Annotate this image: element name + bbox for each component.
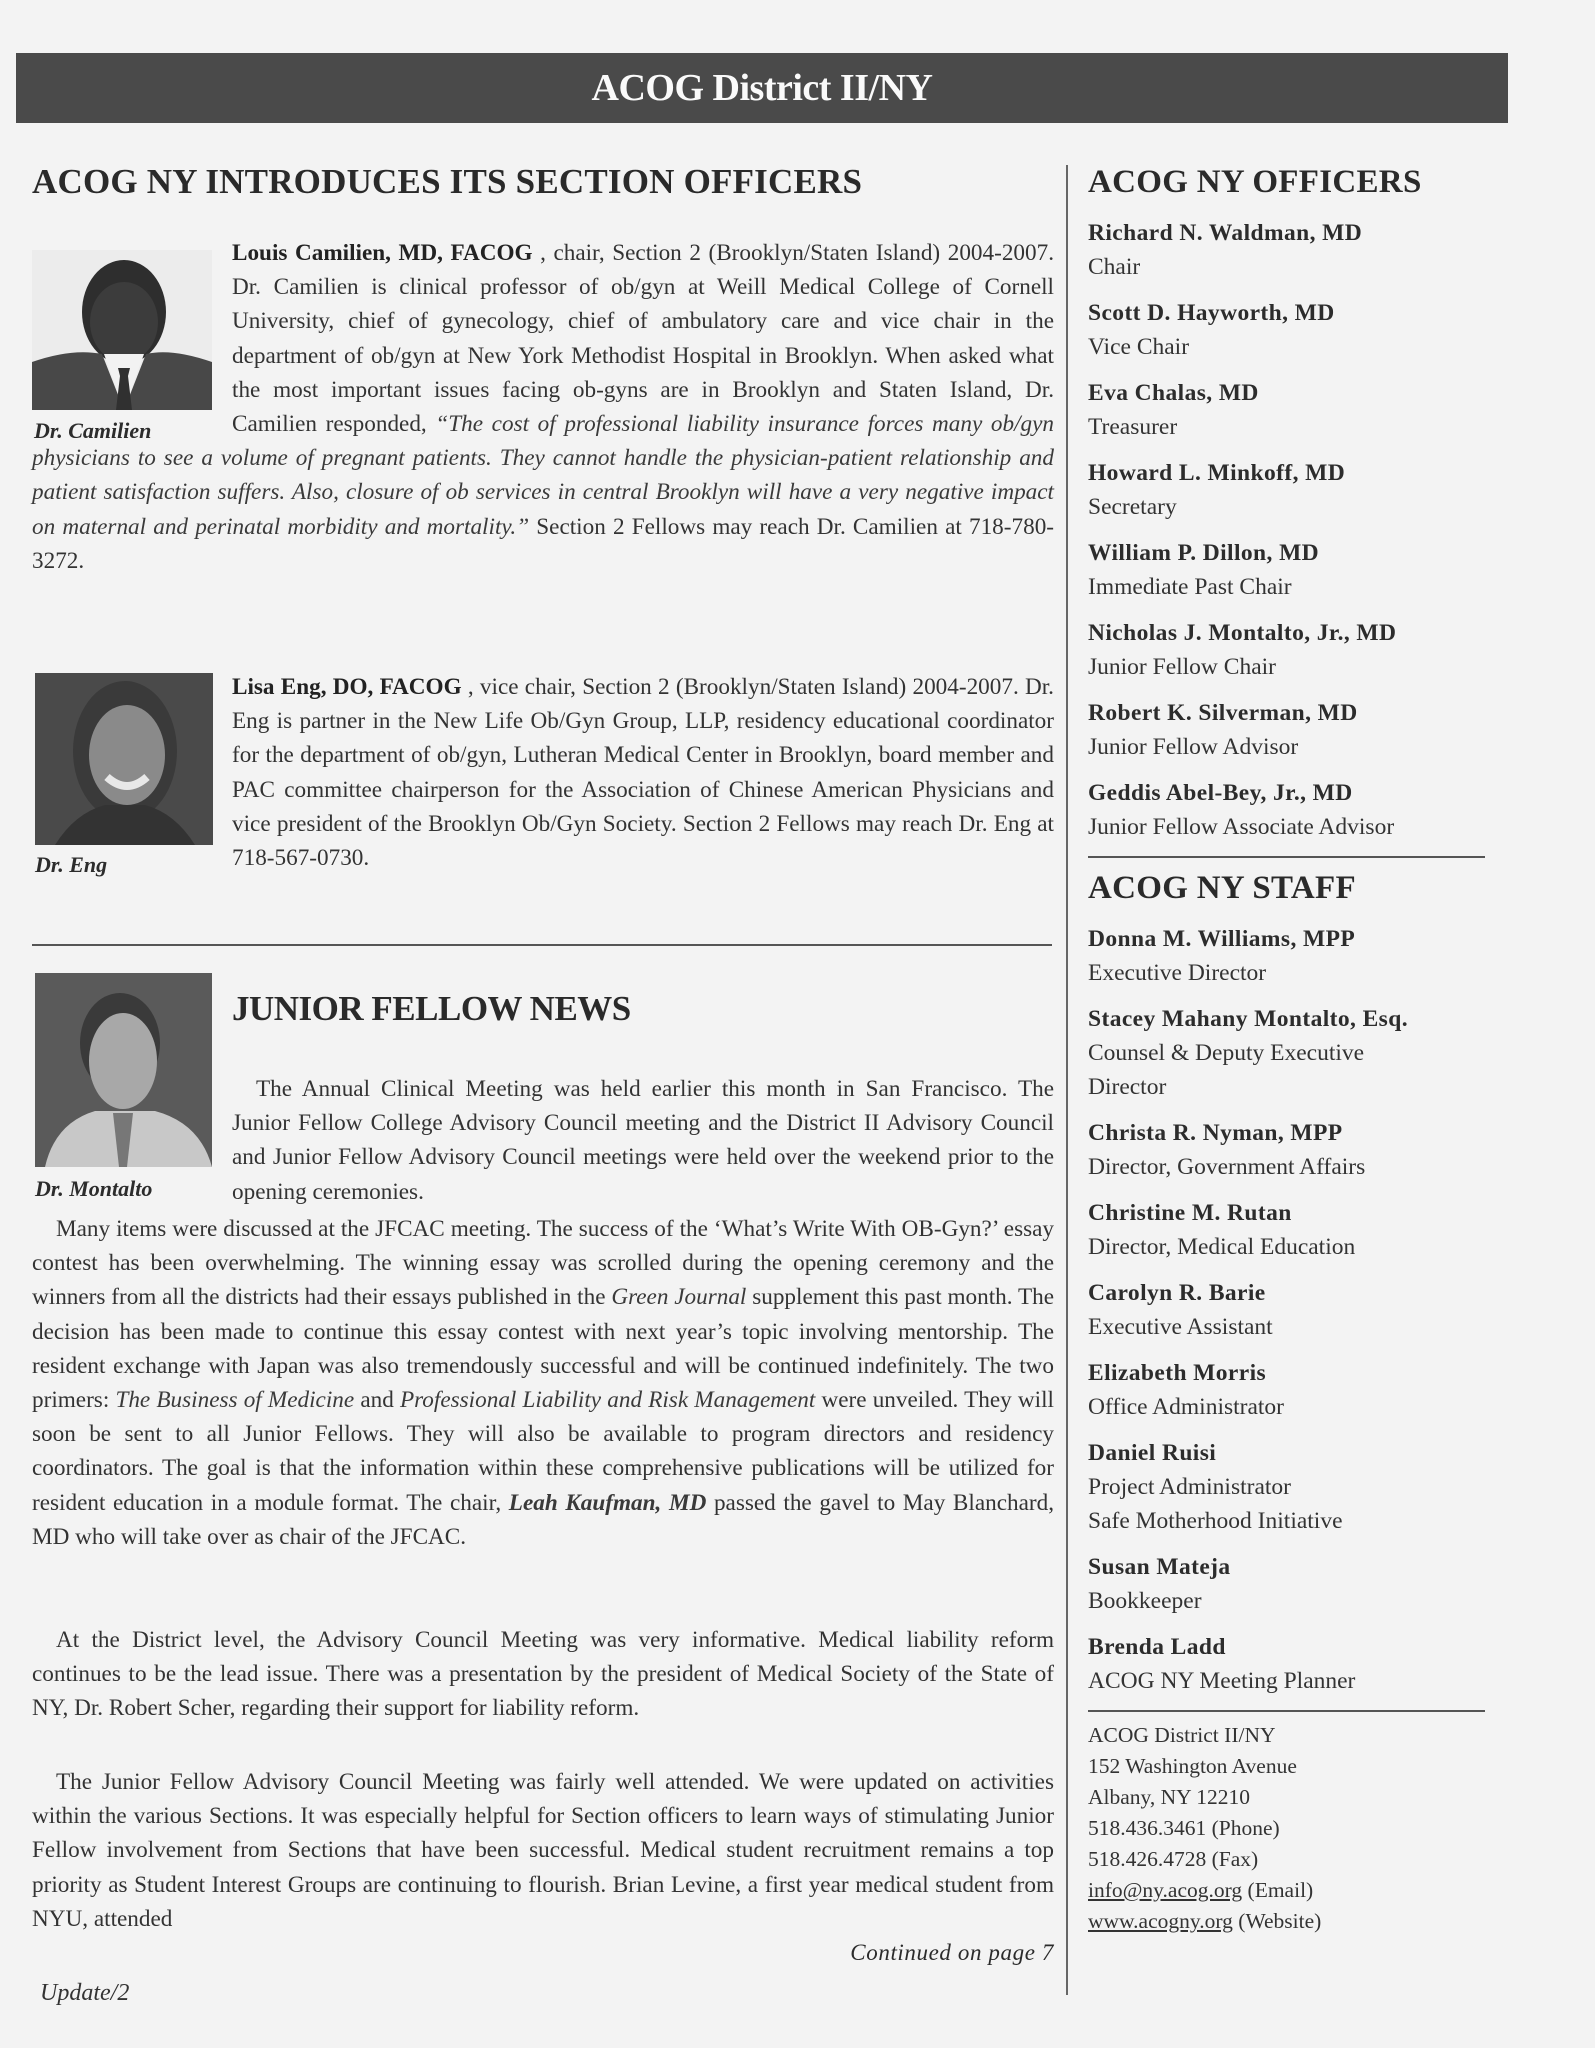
camilien-profile: Louis Camilien, MD, FACOG , chair, Secti… [32,236,1054,578]
jfcac-chair-name: Leah Kaufman, MD [509,1490,707,1516]
staff-item: Donna M. Williams, MPPExecutive Director [1088,922,1488,990]
portrait-icon [35,673,213,845]
continued-link[interactable]: Continued on page 7 [32,1936,1054,1970]
contact-block: ACOG District II/NY 152 Washington Avenu… [1088,1720,1488,1937]
staff-item: Carolyn R. BarieExecutive Assistant [1088,1276,1488,1344]
montalto-caption: Dr. Montalto [35,1176,152,1202]
eng-profile: Lisa Eng, DO, FACOG , vice chair, Sectio… [232,670,1054,875]
sidebar-divider [1088,856,1485,858]
officer-item: Howard L. Minkoff, MDSecretary [1088,456,1488,524]
montalto-photo [35,973,212,1167]
green-journal: Green Journal [611,1284,746,1310]
officer-item: Robert K. Silverman, MDJunior Fellow Adv… [1088,696,1488,764]
officer-item: Geddis Abel-Bey, Jr., MDJunior Fellow As… [1088,776,1488,844]
jf-paragraph-2: Many items were discussed at the JFCAC m… [32,1212,1054,1554]
eng-photo [35,673,213,845]
portrait-icon [35,973,212,1167]
contact-city: Albany, NY 12210 [1088,1782,1488,1813]
article-title: ACOG NY INTRODUCES ITS SECTION OFFICERS [32,160,1054,204]
contact-org: ACOG District II/NY [1088,1720,1488,1751]
eng-caption: Dr. Eng [35,852,107,878]
staff-item: Christa R. Nyman, MPPDirector, Governmen… [1088,1116,1488,1184]
page-footer: Update/2 [40,1980,129,2007]
officers-heading: ACOG NY OFFICERS [1088,160,1488,204]
officer-item: Nicholas J. Montalto, Jr., MDJunior Fell… [1088,616,1488,684]
officer-item: Eva Chalas, MDTreasurer [1088,376,1488,444]
staff-item: Susan MatejaBookkeeper [1088,1550,1488,1618]
website-link[interactable]: www.acogny.org [1088,1909,1233,1933]
main-column: ACOG NY INTRODUCES ITS SECTION OFFICERS [32,160,1054,204]
jf-paragraph-4: The Junior Fellow Advisory Council Meeti… [32,1765,1054,1936]
contact-fax: 518.426.4728 (Fax) [1088,1844,1488,1875]
masthead-banner: ACOG District II/NY [16,53,1508,123]
sidebar: ACOG NY OFFICERS Richard N. Waldman, MDC… [1088,160,1488,1937]
primer-business-of-medicine: The Business of Medicine [115,1387,354,1413]
section-divider [32,944,1052,946]
staff-item: Christine M. RutanDirector, Medical Educ… [1088,1196,1488,1264]
staff-item: Brenda LaddACOG NY Meeting Planner [1088,1630,1488,1698]
jf-paragraph-1: The Annual Clinical Meeting was held ear… [232,1072,1054,1209]
column-divider [1066,165,1068,1995]
jf-paragraph-3: At the District level, the Advisory Coun… [32,1623,1054,1726]
staff-item: Stacey Mahany Montalto, Esq.Counsel & De… [1088,1002,1488,1104]
officer-item: Richard N. Waldman, MDChair [1088,216,1488,284]
contact-street: 152 Washington Avenue [1088,1751,1488,1782]
junior-fellow-title: JUNIOR FELLOW NEWS [232,987,631,1031]
eng-name: Lisa Eng, DO, FACOG [232,674,462,700]
staff-item: Elizabeth MorrisOffice Administrator [1088,1356,1488,1424]
contact-divider [1088,1710,1485,1712]
camilien-name: Louis Camilien, MD, FACOG [232,240,533,266]
email-link[interactable]: info@ny.acog.org [1088,1878,1242,1902]
staff-heading: ACOG NY STAFF [1088,866,1488,910]
officer-item: Scott D. Hayworth, MDVice Chair [1088,296,1488,364]
primer-professional-liability: Professional Liability and Risk Manageme… [400,1387,815,1413]
contact-phone: 518.436.3461 (Phone) [1088,1813,1488,1844]
officer-item: William P. Dillon, MDImmediate Past Chai… [1088,536,1488,604]
staff-item: Daniel RuisiProject AdministratorSafe Mo… [1088,1436,1488,1538]
